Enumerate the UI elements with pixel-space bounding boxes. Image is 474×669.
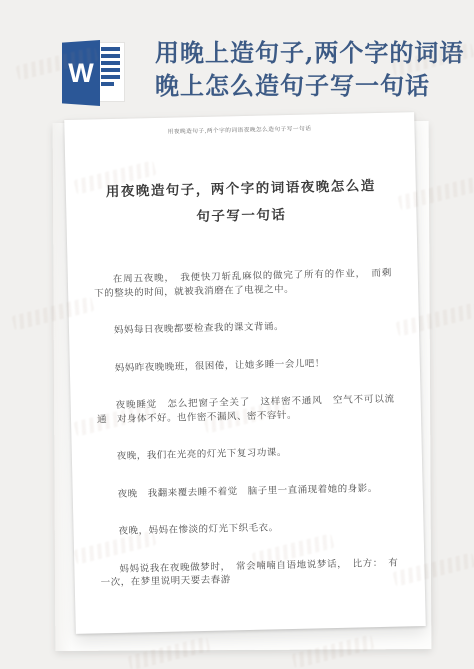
document-paragraph: 妈妈每日夜晚都要检查我的课文背诵。 bbox=[95, 318, 393, 338]
preview-header: W 用晚上造句子,两个字的词语 晚上怎么造句子写一句话 bbox=[0, 0, 474, 112]
paragraph-list: 在周五夜晚， 我便快刀斩乱麻似的做完了所有的作业， 而剩下的整块的时间，就被我消… bbox=[94, 267, 399, 590]
document-paragraph: 在周五夜晚， 我便快刀斩乱麻似的做完了所有的作业， 而剩下的整块的时间，就被我消… bbox=[94, 267, 393, 301]
document-title-link[interactable]: 用晚上造句子,两个字的词语 晚上怎么造句子写一句话 bbox=[155, 36, 465, 102]
word-icon-letter: W bbox=[68, 60, 93, 87]
document-title-line2: 晚上怎么造句子写一句话 bbox=[155, 69, 465, 102]
document-title-line1: 用晚上造句子,两个字的词语 bbox=[155, 36, 465, 69]
page-title: 用夜晚造句子，两个字的词语夜晚怎么造 句子写一句话 bbox=[92, 173, 391, 234]
word-icon-text-line bbox=[101, 61, 120, 65]
document-paragraph: 夜晚，我们在光亮的灯光下复习功课。 bbox=[98, 444, 396, 464]
word-file-icon: W bbox=[62, 40, 124, 106]
word-icon-text-line bbox=[101, 47, 120, 51]
document-page-preview: 用夜晚造句子,两个字的词语夜晚怎么造句子写一句话 用夜晚造句子，两个字的词语夜晚… bbox=[64, 112, 426, 634]
word-icon-document-sheet bbox=[97, 43, 124, 101]
document-paragraph: 夜晚睡觉 怎么把窗子全关了 这样密不通风 空气不可以流通 对身体不好。也作密不漏… bbox=[97, 393, 396, 427]
page-running-header: 用夜晚造句子,两个字的词语夜晚怎么造句子写一句话 bbox=[117, 123, 361, 137]
page-canvas: W 用晚上造句子,两个字的词语 晚上怎么造句子写一句话 用夜晚造句子,两个字的词… bbox=[0, 0, 474, 669]
document-paragraph: 妈妈说我在夜晚做梦时， 常会喃喃自语地说梦话， 比方： 有一次，在梦里说明天要去… bbox=[100, 556, 399, 590]
word-icon-text-line bbox=[101, 75, 120, 79]
word-icon-text-line bbox=[101, 68, 120, 72]
word-icon-w-panel: W bbox=[62, 40, 100, 106]
document-paragraph: 夜晚 我翻来覆去睡不着觉 脑子里一直涌现着她的身影。 bbox=[99, 481, 397, 501]
word-icon-text-line bbox=[101, 82, 114, 86]
document-paragraph: 夜晚，妈妈在惨淡的灯光下织毛衣。 bbox=[99, 519, 397, 539]
document-paragraph: 妈妈昨夜晚晚班，很困倦，让她多睡一会儿吧！ bbox=[96, 355, 394, 375]
word-icon-text-line bbox=[101, 54, 120, 58]
